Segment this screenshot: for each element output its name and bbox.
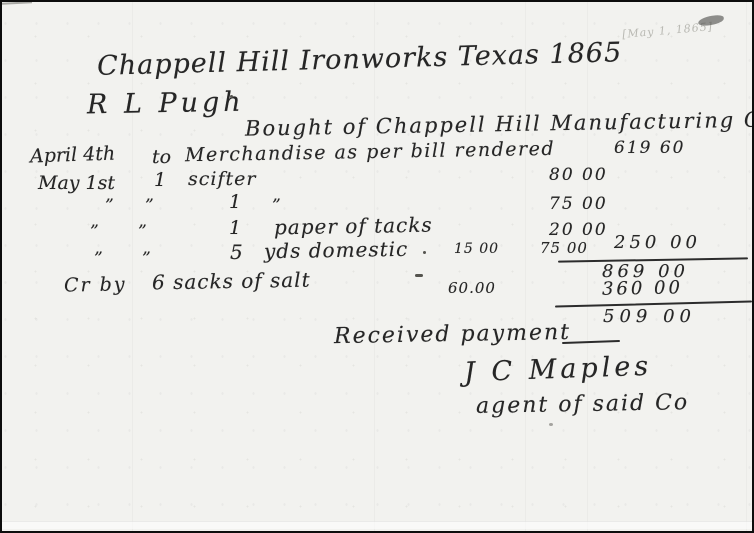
row-date: April 4th <box>30 143 116 168</box>
ink-smudge <box>697 14 724 27</box>
total-amount: 509 00 <box>603 306 696 327</box>
ditto-mark: ” <box>105 196 114 216</box>
ditto-mark: ” <box>142 249 151 269</box>
received-payment-line: Received payment <box>334 320 571 349</box>
row-date: May 1st <box>38 172 115 194</box>
paper-speck <box>423 251 426 254</box>
paper-fold-line <box>374 2 375 531</box>
row-quantity: 1 <box>154 169 166 191</box>
row-description: paper of tacks <box>274 213 433 240</box>
credit-amount: 360 00 <box>602 277 683 299</box>
ditto-mark: ” <box>94 249 103 269</box>
credit-mid-amount: 60.00 <box>448 279 496 297</box>
bought-of-line: Bought of Chappell Hill Manufacturing Co <box>245 107 754 140</box>
row-amount: 75 00 <box>549 194 608 214</box>
invoice-amount: 619 60 <box>614 138 685 158</box>
paper-speck <box>230 95 233 98</box>
signature-title: agent of said Co <box>476 390 690 419</box>
row-quantity: 5 <box>230 240 243 264</box>
ditto-mark: ” <box>138 222 147 242</box>
row-amount: 20 00 <box>549 220 608 240</box>
paper-fold-line <box>132 2 133 531</box>
paper-fold-line <box>746 2 747 531</box>
ditto-mark: ” <box>145 196 154 216</box>
document-scan: Chappell Hill Ironworks Texas 1865 [May … <box>0 0 754 533</box>
row-quantity: 1 <box>229 191 241 213</box>
row-unit-amount: 75 00 <box>540 239 588 257</box>
paper-speck <box>415 274 423 277</box>
row-prefix: to <box>152 146 171 168</box>
row-description: scifter <box>188 168 256 190</box>
ditto-mark: ” <box>272 196 281 216</box>
paper-fold-line <box>525 2 526 531</box>
credit-description: 6 sacks of salt <box>152 268 311 295</box>
row-extended-amount: 250 00 <box>614 232 701 253</box>
ditto-mark: ” <box>90 222 99 242</box>
paper-fold-line <box>587 2 588 531</box>
row-description: yds domestic <box>264 237 409 264</box>
customer-name: R L Pugh <box>87 87 245 121</box>
signature-name: J C Maples <box>464 351 653 389</box>
margin-dash <box>2 1 32 5</box>
document-title: Chappell Hill Ironworks Texas 1865 <box>97 37 623 82</box>
row-amount: 80 00 <box>549 165 608 185</box>
paper-speck <box>549 423 553 426</box>
scan-edge-band <box>2 521 752 529</box>
credit-prefix: Cr by <box>64 273 127 296</box>
row-mid-amount: 15 00 <box>454 241 499 257</box>
row-quantity: 1 <box>229 217 241 239</box>
row-description: Merchandise as per bill rendered <box>185 138 555 166</box>
